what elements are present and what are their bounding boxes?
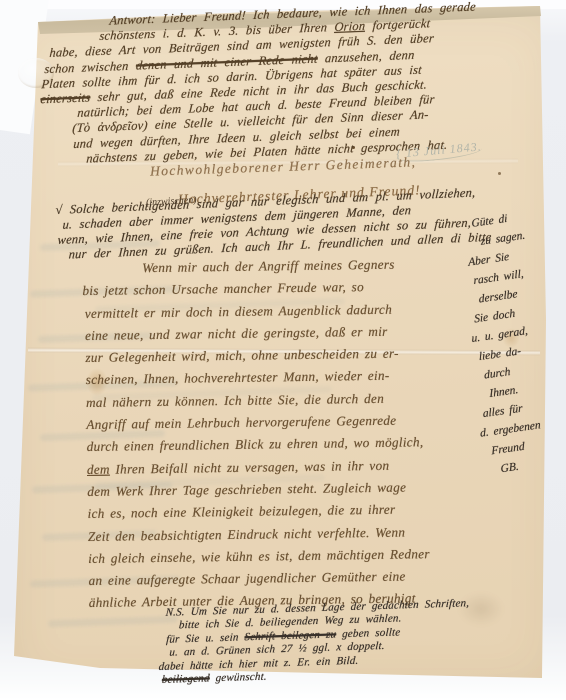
margin-annotation: Güte di zu sagen. Aber Sie rasch will, d… (463, 202, 566, 482)
struck-text: beiliegend (162, 672, 210, 686)
letter-body: Wenn mir auch der Angriff meines Gegners… (84, 252, 499, 614)
underlined-word: dem (87, 461, 110, 476)
postscript-block: N.S. Um Sie nur zu d. dessen Lage der ge… (153, 596, 497, 687)
draft-line-segment: fortgerückt (365, 16, 431, 33)
body-line-segment: Ihren Beifall nicht zu versagen, was in … (110, 457, 390, 476)
postscript-segment: gewünscht. (209, 671, 267, 685)
ink-speck (498, 172, 501, 175)
struck-text: Schrift beilegen zu (244, 628, 336, 643)
struck-text: einerseits (40, 90, 91, 106)
underlined-word: Orion (334, 19, 366, 34)
postscript-segment: geben sollte (336, 626, 401, 640)
letter-scan: Antwort: Lieber Freund! Ich bedaure, wie… (0, 0, 566, 700)
postscript-segment: für Sie u. sein (166, 631, 245, 645)
